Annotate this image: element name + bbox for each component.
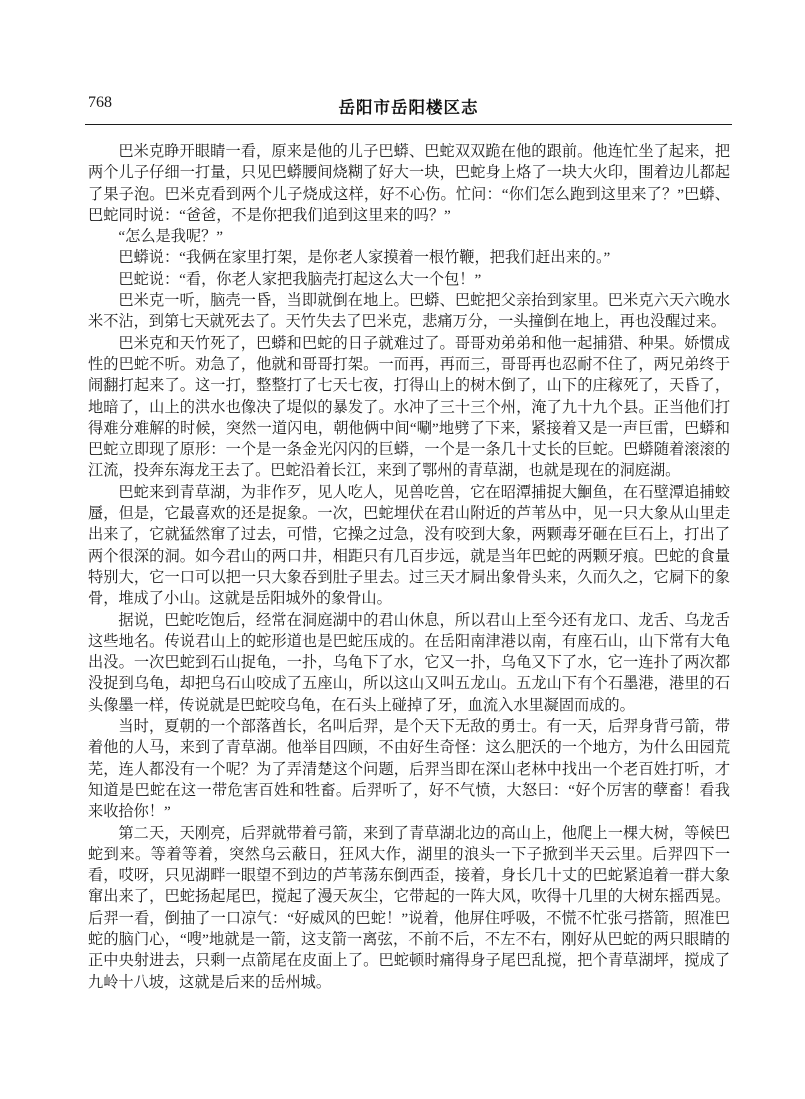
story-paragraph-2: “怎么是我呢？” [88,226,730,247]
story-paragraph-6: 巴米克和天竹死了，巴蟒和巴蛇的日子就难过了。哥哥劝弟弟和他一起捕猎、种果。娇惯成… [88,333,730,482]
page-title: 岳阳市岳阳楼区志 [88,94,729,118]
header-rule [85,124,732,125]
story-paragraph-10: 第二天，天刚亮，后羿就带着弓箭，来到了青草湖北边的高山上，他爬上一棵大树，等候巴… [88,823,730,993]
story-paragraph-5: 巴米克一听，脑壳一昏，当即就倒在地上。巴蟒、巴蛇把父亲抬到家里。巴米克六天六晚水… [88,290,730,333]
book-page: 768 岳阳市岳阳楼区志 巴米克睁开眼睛一看，原来是他的儿子巴蟒、巴蛇双双跪在他… [0,0,805,1099]
story-paragraph-1: 巴米克睁开眼睛一看，原来是他的儿子巴蟒、巴蛇双双跪在他的跟前。他连忙坐了起来，把… [88,141,730,226]
story-paragraph-4: 巴蛇说：“看，你老人家把我脑壳打起这么大一个包！” [88,269,730,290]
story-paragraph-7: 巴蛇来到青草湖，为非作歹，见人吃人，见兽吃兽，它在昭潭捕捉大鮰鱼，在石壁潭追捕蛟… [88,482,730,610]
story-body: 巴米克睁开眼睛一看，原来是他的儿子巴蟒、巴蛇双双跪在他的跟前。他连忙坐了起来，把… [88,141,730,993]
story-paragraph-3: 巴蟒说：“我俩在家里打架，是你老人家摸着一根竹鞭，把我们赶出来的。” [88,247,730,268]
page-header: 768 岳阳市岳阳楼区志 [88,94,729,120]
story-paragraph-9: 当时，夏朝的一个部落酋长，名叫后羿，是个天下无敌的勇士。有一天，后羿身背弓箭，带… [88,716,730,822]
story-paragraph-8: 据说，巴蛇吃饱后，经常在洞庭湖中的君山休息，所以君山上至今还有龙口、龙舌、乌龙舌… [88,610,730,716]
